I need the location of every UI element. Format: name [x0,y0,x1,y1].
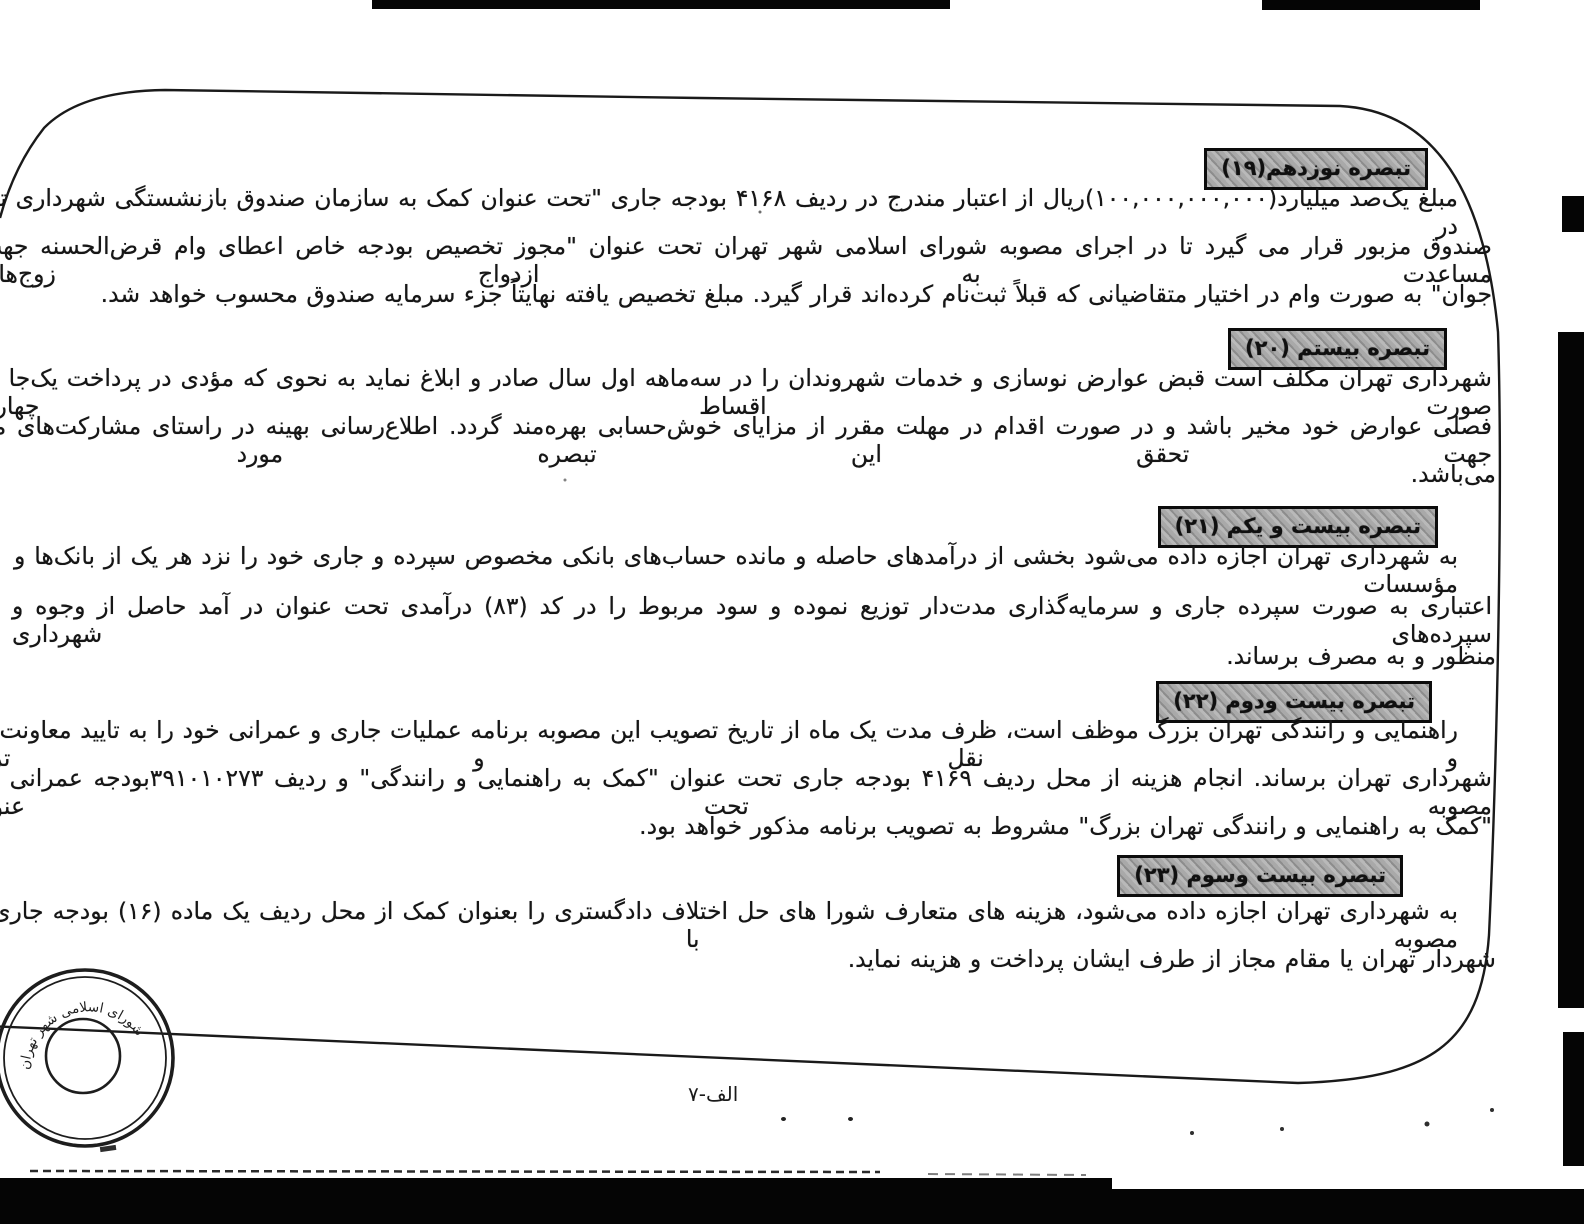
paragraph-19-line-1: مبلغ یک‌صد میلیارد(۱۰۰,۰۰۰,۰۰۰,۰۰۰)ریال … [0,184,1458,218]
page-number: الف-۷ [688,1082,738,1106]
paragraph-21-line-2: اعتباری به صورت سپرده جاری و سرمایه‌گذار… [12,592,1492,626]
paragraph-22-line-1: راهنمایی و رانندگی تهران بزرگ موظف است، … [0,716,1458,750]
paragraph-20-line-3: می‌باشد. [1411,460,1496,488]
scan-noise-dot [781,1117,786,1121]
scan-noise-line [928,1174,1086,1175]
scan-artifact-bar-bottom [0,1178,1112,1224]
paragraph-19-line-2: صندوق مزبور قرار می گیرد تا در اجرای مصو… [0,232,1492,266]
council-stamp: شورای اسلامی شهر تهران [0,970,173,1146]
paragraph-20-line-2: فصلی عوارض خود مخیر باشد و در صورت اقدام… [0,412,1492,446]
paragraph-23-line-1: به شهرداری تهران اجازه داده می‌شود، هزین… [0,897,1458,931]
scan-artifact-bar-top-left [372,0,950,9]
scan-noise-dot [848,1117,853,1121]
scanned-document-page: شورای اسلامی شهر تهران تبصره نوزدهم(۱۹) … [0,0,1584,1224]
scan-artifact-bar-right [1563,1032,1584,1166]
scan-artifact-bar-bottom [1095,1189,1584,1224]
paragraph-21-line-1: به شهرداری تهران اجازه داده می‌شود بخشی … [14,542,1458,576]
paragraph-19-line-3: جوان" به صورت وام در اختیار متقاضیانی که… [101,280,1492,308]
paragraph-21-line-3: منظور و به مصرف برساند. [1226,642,1496,670]
scan-artifact-bar-top-right [1262,0,1480,10]
paragraph-22-line-3: "کمک به راهنمایی و رانندگی تهران بزرگ" م… [639,812,1492,840]
scan-noise-line [30,1171,880,1172]
scan-artifact-bar-right [1562,196,1584,232]
stamp-text: شورای اسلامی شهر تهران [17,999,147,1070]
section-header-23: تبصره بیست وسوم (۲۳) [1117,855,1403,897]
paragraph-22-line-2: شهرداری تهران برساند. انجام هزینه از محل… [0,764,1492,798]
scan-artifact-bar-right [1558,332,1584,1008]
paragraph-23-line-2: شهردار تهران یا مقام مجاز از طرف ایشان پ… [848,945,1496,973]
paragraph-20-line-1: شهرداری تهران مکلف است قبض عوارض نوسازی … [0,364,1492,398]
